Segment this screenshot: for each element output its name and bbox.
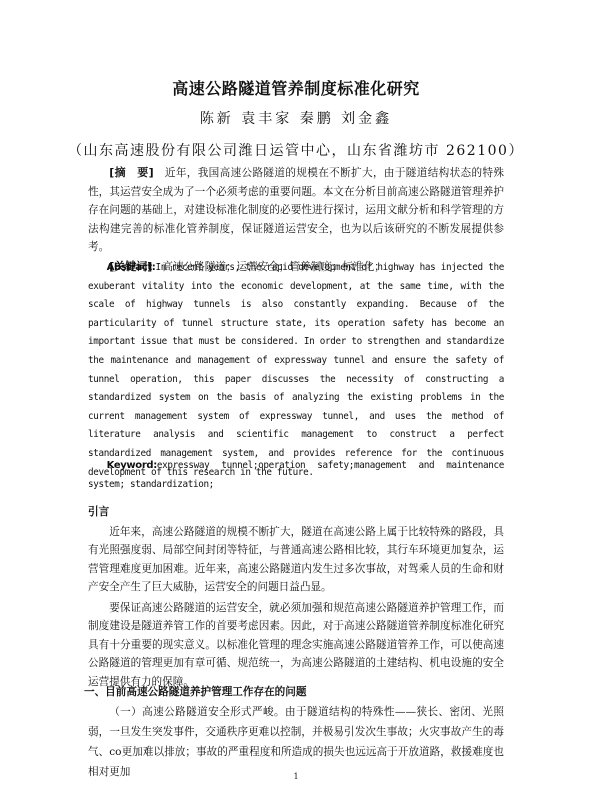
intro-heading: 引言: [88, 503, 504, 522]
abstract-cn-label: [摘 要]: [109, 166, 154, 179]
paper-affiliation: （山东高速股份有限公司潍日运管中心，山东省潍坊市 262100）: [0, 140, 592, 160]
keywords-en: Keyword:expressway tunnel;operation safe…: [88, 457, 504, 494]
keywords-en-label: Keyword:: [107, 460, 157, 471]
paper-page: 高速公路隧道管养制度标准化研究 陈新 袁丰家 秦鹏 刘金鑫 （山东高速股份有限公…: [0, 0, 592, 812]
introduction-section: 引言 近年来，高速公路隧道的规模不断扩大，隧道在高速公路上属于比较特殊的路段，具…: [88, 503, 504, 691]
abstract-en: Abstract:In recent years, the rapid deve…: [88, 259, 504, 482]
section-1-body: （一）高速公路隧道安全形式严峻。由于隧道结构的特殊性——狭长、密闭、光照弱，一旦…: [88, 702, 504, 782]
paper-title: 高速公路隧道管养制度标准化研究: [0, 76, 592, 99]
intro-paragraph-2: 要保证高速公路隧道的运营安全，就必须加强和规范高速公路隧道养护管理工作，而制度建…: [88, 599, 504, 692]
section-1: 一、目前高速公路隧道养护管理工作存在的问题: [84, 683, 504, 702]
section-1-heading: 一、目前高速公路隧道养护管理工作存在的问题: [84, 683, 504, 702]
abstract-cn-text: 近年，我国高速公路隧道的规模在不断扩大，由于隧道结构状态的特殊性，其运营安全成为…: [88, 167, 504, 253]
paper-authors: 陈新 袁丰家 秦鹏 刘金鑫: [0, 108, 592, 128]
abstract-en-label: Abstract:: [107, 262, 156, 273]
abstract-en-text: In recent years, the rapid development o…: [88, 262, 504, 478]
intro-paragraph-1: 近年来，高速公路隧道的规模不断扩大，隧道在高速公路上属于比较特殊的路段，具有光照…: [88, 523, 504, 597]
section-1-paragraph: （一）高速公路隧道安全形式严峻。由于隧道结构的特殊性——狭长、密闭、光照弱，一旦…: [88, 702, 504, 782]
page-number: 1: [0, 772, 592, 781]
